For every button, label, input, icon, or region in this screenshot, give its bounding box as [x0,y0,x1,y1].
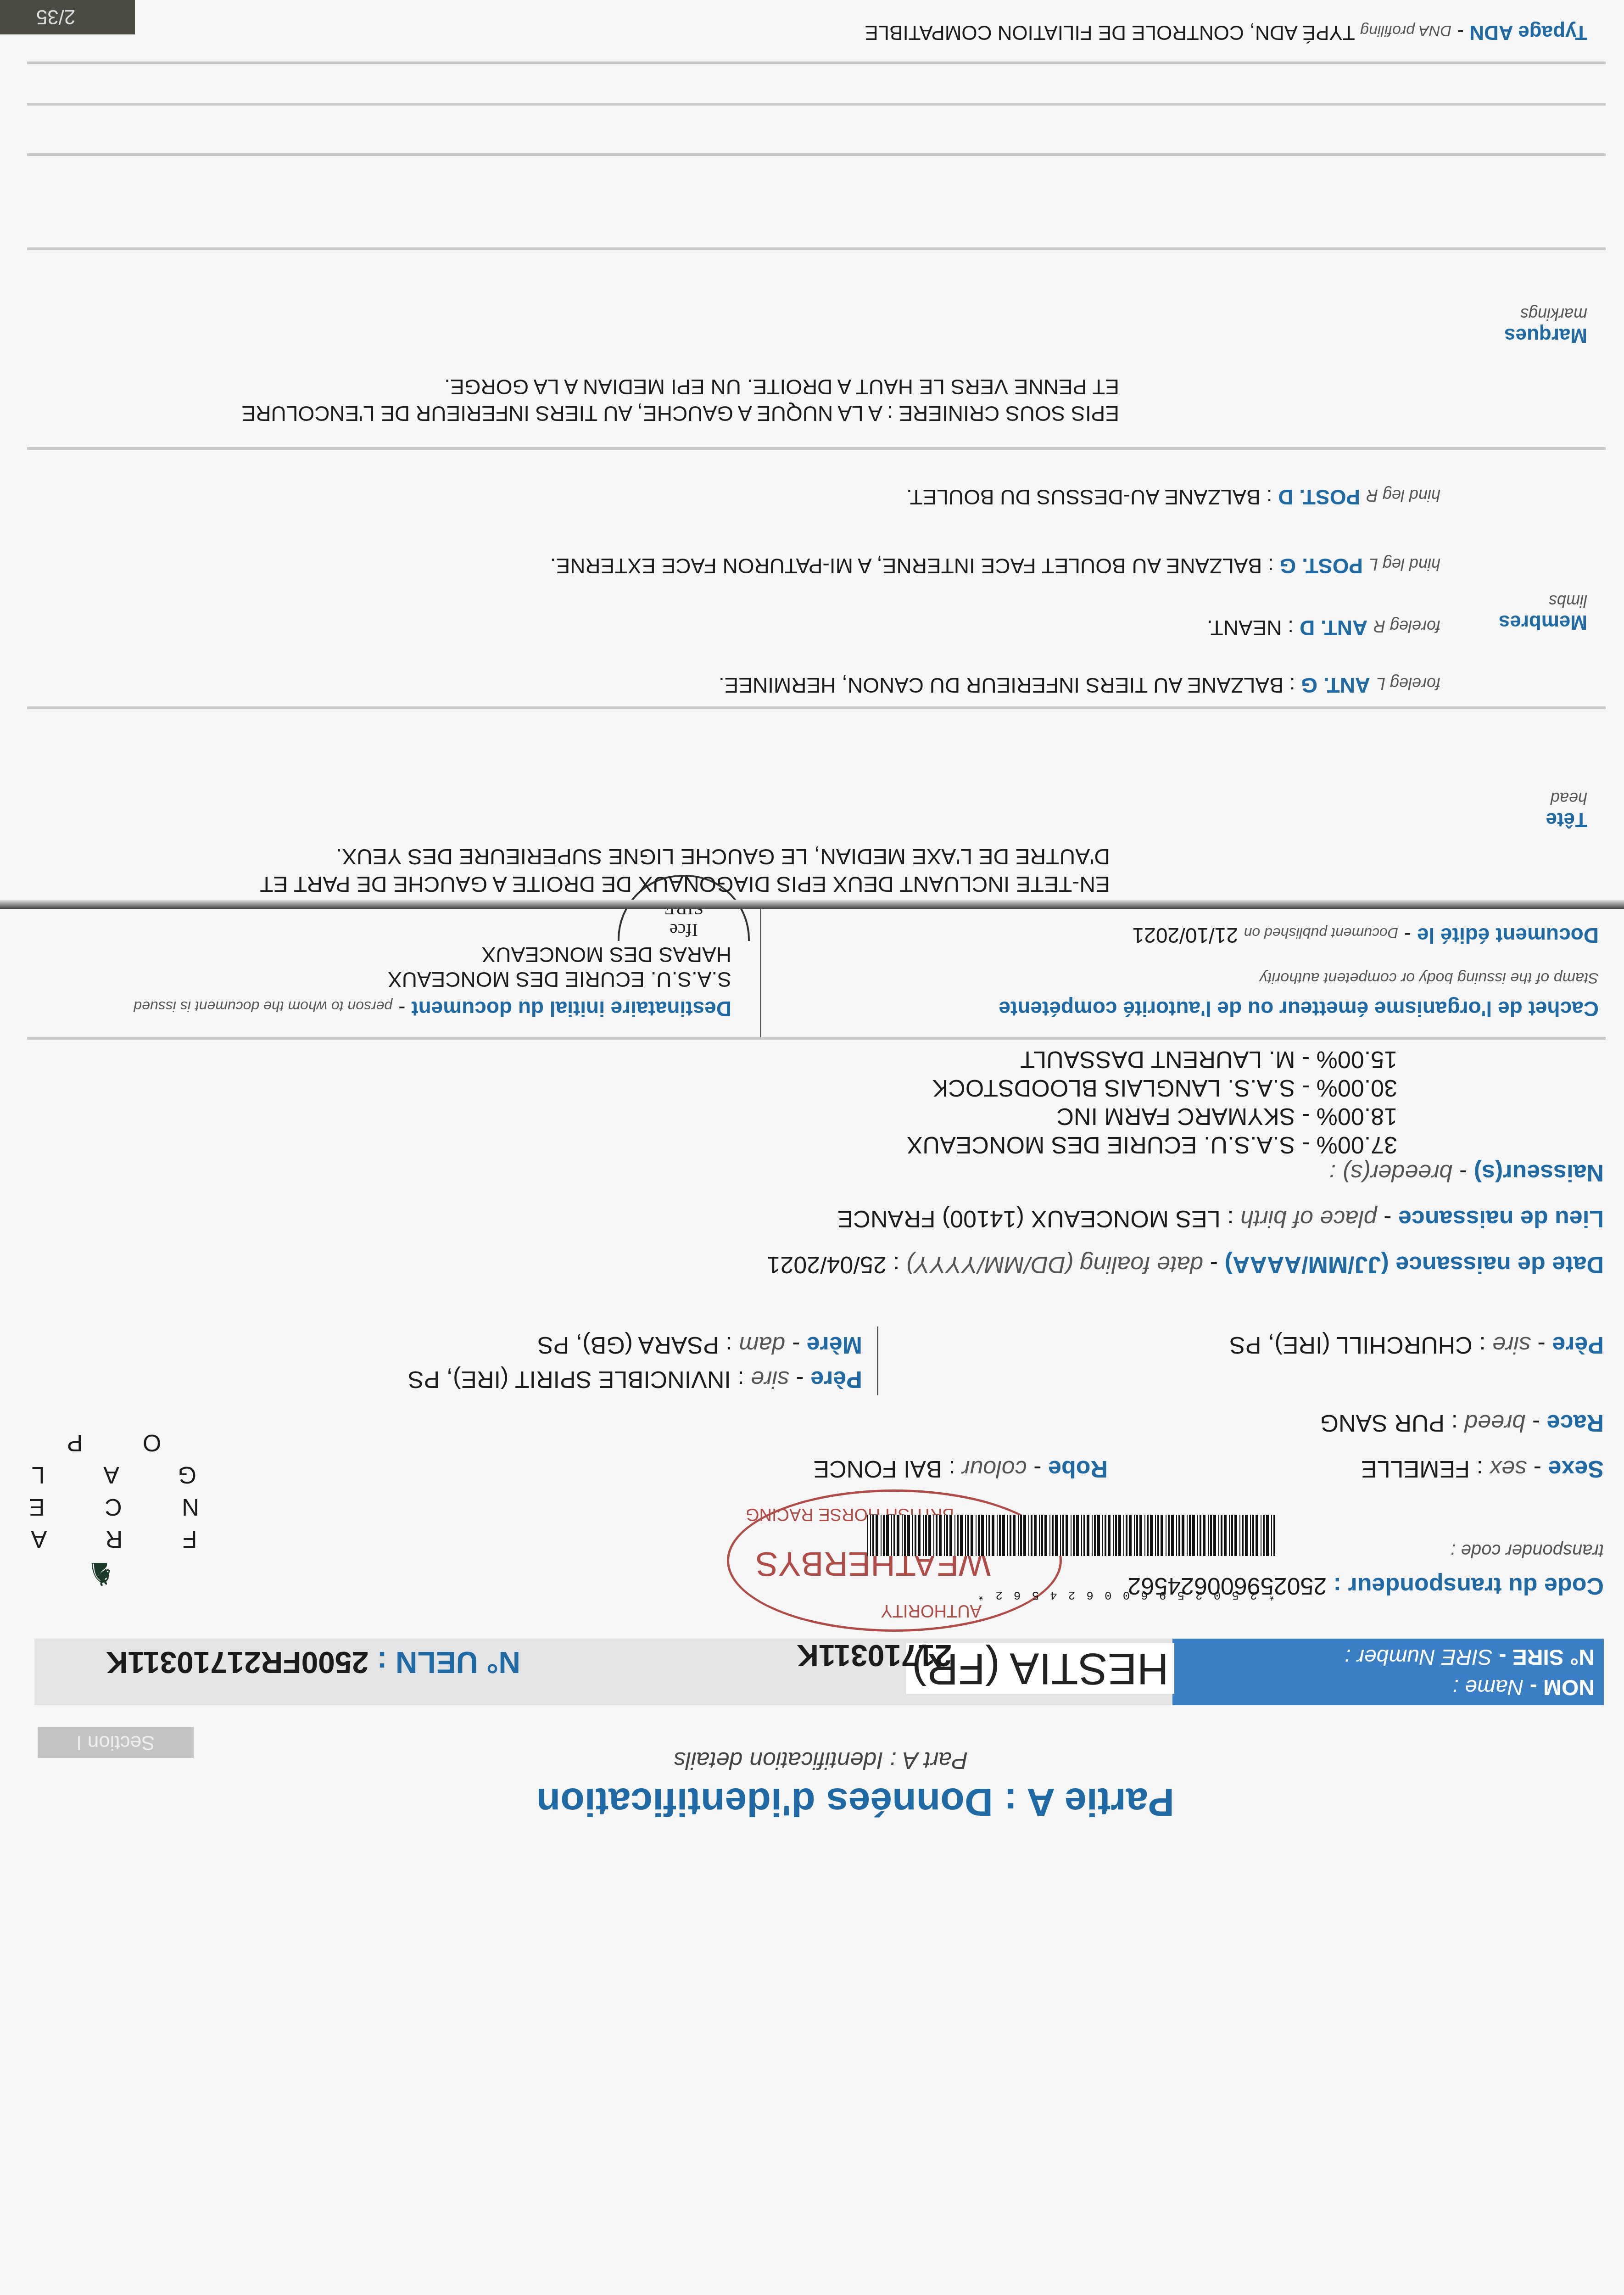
breeder-item: 18.00% - SKYMARC FARM INC [907,1102,1397,1131]
france-galop-logo: ♞ F R A N C E G A L O P [0,1427,201,1593]
sex-field: Sexe - sex : FEMELLE [1361,1455,1604,1483]
head-markings: EN-TETE INCLUANT DEUX EPIS DIAGONAUX DE … [260,842,1110,897]
weatherbys-stamp: AUTHORITY WEATHERBYS BRITISH HORSE RACIN… [727,1489,1062,1632]
breed-field: Race - breed : PUR SANG [1320,1409,1604,1437]
horse-rider-icon: ♞ [0,1555,201,1593]
limbs-label: Membreslimbs [1499,591,1587,633]
barcode [867,1515,1275,1556]
sire-field: Père - sire : CHURCHILL (IRE), PS [1229,1331,1604,1359]
passport-page: Section I Partie A : Données d'identific… [0,0,1624,2295]
dam-sire-field: Père - sire : INVINCIBLE SPIRIT (IRE), P… [408,1366,862,1393]
limb-item: hind leg L POST. G : BALZANE AU BOULET F… [550,554,1440,578]
name-label: NOM - Name : [1453,1674,1595,1700]
identity-label-box: NOM - Name : N° SIRE - SIRE Number : [1172,1639,1604,1705]
marks-label: Marquesmarkings [1504,304,1587,347]
breeders-field: Naisseur(s) - breeder(s) : 37.00% - S.A.… [907,1045,1604,1187]
birth-place-field: Lieu de naissance - place of birth : LES… [837,1205,1604,1232]
sire-number: 21710311K [797,1638,952,1673]
sire-label: N° SIRE - SIRE Number : [1345,1644,1595,1669]
barcode-digits: *250259600624562* [966,1588,1275,1602]
limb-item: foreleg R ANT. D : NEANT. [1207,616,1440,640]
head-label: Têtehead [1546,789,1587,831]
marks-text: EPIS SOUS CRINIERE : A LA NUQUE A GAUCHE… [242,374,1119,427]
birth-date-field: Date de naissance (JJ/MM/AAAA) - date fo… [767,1251,1604,1278]
recipient-field: Destinataire initial du document - perso… [134,942,731,1021]
breeder-item: 15.00% - M. LAURENT DASSAULT [907,1045,1397,1074]
limb-item: foreleg L ANT. G : BALZANE AU TIERS INFE… [719,673,1440,698]
ueln-field: N° UELN : 2500FR21710311K [106,1645,520,1680]
dam-field: Mère - dam : PSARA (GB), PS [537,1331,862,1359]
divider [27,1037,1606,1040]
dna-field: Typage ADN - DNA profiling TYPÉ ADN, CON… [865,21,1587,44]
colour-field: Robe - colour : BAI FONCE [814,1455,1108,1483]
page-fold [0,900,1624,909]
breeder-item: 37.00% - S.A.S.U. ECURIE DES MONCEAUX [907,1131,1397,1159]
document-edited-field: Document édité le - Document published o… [1133,923,1599,948]
transponder-label-en: transponder code : [1451,1540,1604,1561]
page-subtitle: Part A : Identification details [674,1746,968,1774]
page-title: Partie A : Données d'identification [536,1779,1174,1825]
issuer-stamp-label: Cachet de l'organisme émetteur ou de l'a… [999,996,1599,1021]
page-number: 2/35 [0,0,135,34]
limb-item: hind leg R POST. D : BALZANE AU-DESSUS D… [906,485,1440,509]
section-badge: Section I [38,1727,194,1758]
breeder-item: 30.00% - S.A.S. LANGLAIS BLOODSTOCK [907,1074,1397,1102]
